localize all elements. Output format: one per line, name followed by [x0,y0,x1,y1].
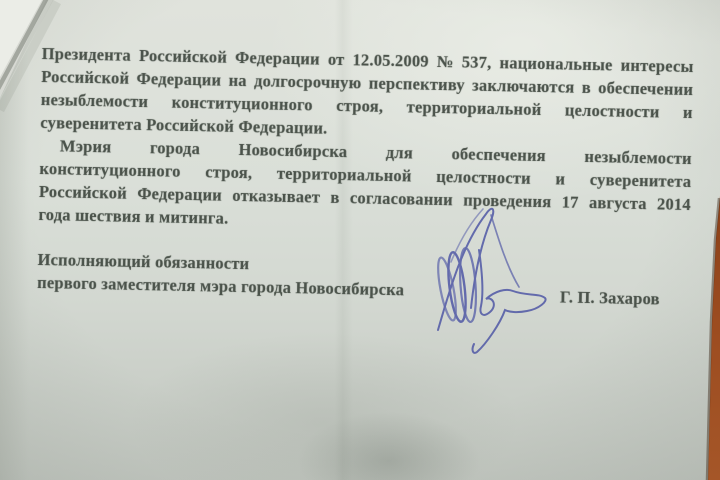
photographed-document: ПрезидентаРоссийскойФедерацииот12.05.200… [0,0,720,480]
signer-name: Г. П. Захаров [560,287,660,309]
letter-text: ПрезидентаРоссийскойФедерацииот12.05.200… [0,41,694,391]
paragraph-1: ПрезидентаРоссийскойФедерацииот12.05.200… [40,42,694,147]
signature-block: Исполняющий обязанности первого заместит… [35,248,689,391]
paragraph-2: МэриягородаНовосибирскадляобеспечениянез… [38,134,692,239]
